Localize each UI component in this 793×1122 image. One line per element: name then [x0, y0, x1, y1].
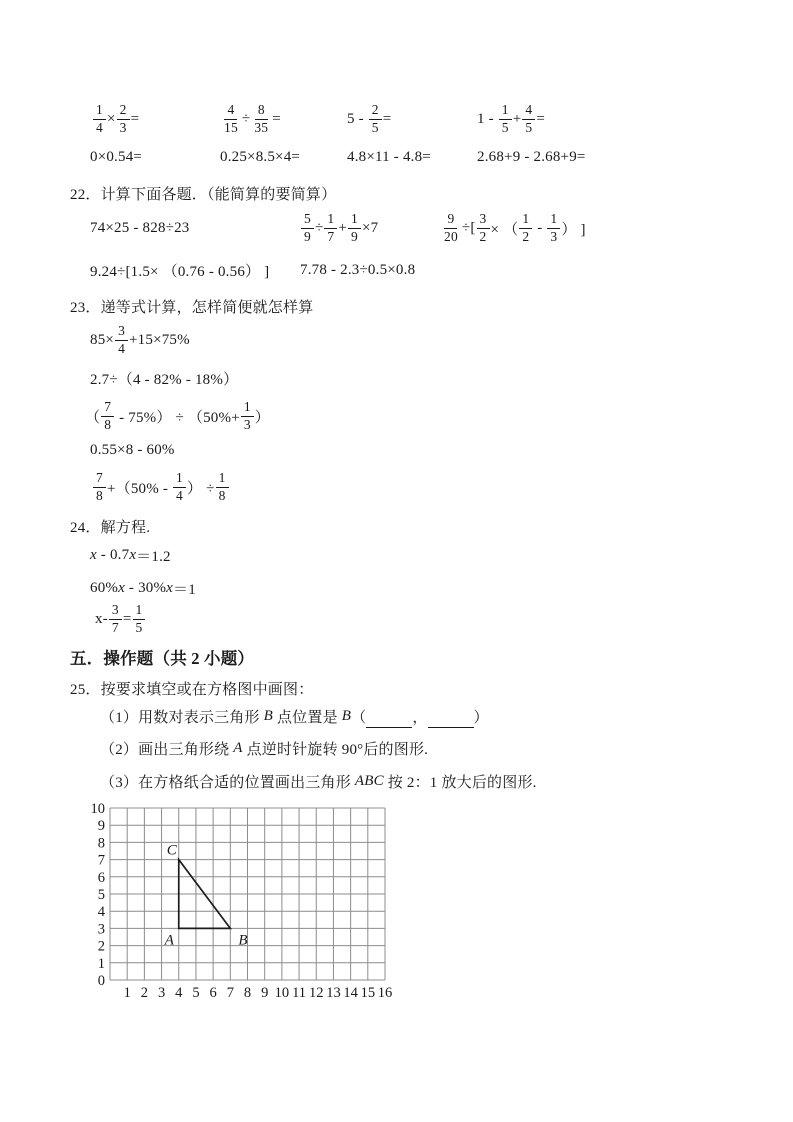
- y-axis-tick-label: 8: [98, 835, 105, 851]
- math-variable: B: [264, 708, 273, 725]
- fraction: 34: [115, 323, 128, 358]
- text-token: 60%: [90, 580, 118, 597]
- x-axis-tick-label: 13: [326, 985, 341, 1001]
- fraction: 13: [241, 399, 254, 434]
- x-axis-tick-label: 15: [361, 985, 376, 1001]
- math-variable: x: [90, 547, 97, 564]
- math-variable: A: [233, 740, 242, 757]
- text-token: ＝1.2: [136, 545, 171, 566]
- quick-calc-3: 5 - 25=: [347, 99, 391, 139]
- answer-blank: [428, 715, 474, 728]
- x-axis-tick-label: 7: [227, 985, 234, 1001]
- x-axis-tick-label: 6: [210, 985, 217, 1001]
- x-axis-tick-label: 5: [192, 985, 199, 1001]
- text-token: （: [351, 706, 366, 727]
- text-token: - 30%: [125, 580, 166, 597]
- quick-calc-8: 2.68+9 - 2.68+9=: [477, 137, 586, 177]
- text-token: 2.7÷（4 - 82% - 18%）: [90, 368, 238, 389]
- text-token: +（50% -: [107, 477, 172, 498]
- quick-calc-5: 0×0.54=: [90, 137, 142, 177]
- math-variable: ABC: [355, 773, 384, 790]
- q22-title: 22．计算下面各题．（能简算的要简算）: [70, 173, 336, 213]
- text-token: 85×: [90, 332, 114, 349]
- q25-subitem-3: （3）在方格纸合适的位置画出三角形 ABC 按 2：1 放大后的图形.: [100, 761, 537, 801]
- text-token: - 75%） ÷ （50%+: [115, 406, 240, 427]
- x-axis-tick-label: 2: [141, 985, 148, 1001]
- text-token: 9.24÷[1.5× （0.76 - 0.56） ]: [90, 260, 269, 281]
- fraction: 12: [519, 211, 532, 246]
- text-token: ×7: [362, 220, 378, 237]
- quick-calc-4: 1 - 15+45=: [477, 99, 545, 139]
- text-token: x-: [95, 611, 108, 628]
- y-axis-tick-label: 2: [98, 939, 105, 955]
- fraction: 59: [301, 211, 314, 246]
- text-token: =: [536, 111, 545, 128]
- x-axis-tick-label: 4: [175, 985, 183, 1001]
- x-axis-tick-label: 14: [343, 985, 358, 1001]
- text-token: =: [272, 111, 281, 128]
- text-token: （1）用数对表示三角形: [100, 706, 264, 727]
- answer-blank: [366, 715, 412, 728]
- q22-expr-1: 74×25 - 828÷23: [90, 208, 190, 248]
- text-token: ） ÷: [187, 477, 215, 498]
- vertex-label-B: B: [238, 932, 247, 948]
- x-axis-tick-label: 9: [261, 985, 268, 1001]
- text-token: （2）画出三角形绕: [100, 738, 233, 759]
- x-axis-tick-label: 3: [158, 985, 165, 1001]
- y-axis-tick-label: 4: [98, 904, 106, 920]
- fraction: 14: [93, 102, 106, 137]
- text-token: 按 2：1 放大后的图形.: [384, 771, 537, 792]
- x-axis-tick-label: 10: [275, 985, 290, 1001]
- q23-expr-4: 0.55×8 - 60%: [90, 430, 175, 470]
- q23-expr-2: 2.7÷（4 - 82% - 18%）: [90, 358, 238, 398]
- text-token: 2.68+9 - 2.68+9=: [477, 149, 586, 166]
- text-token: （3）在方格纸合适的位置画出三角形: [100, 771, 355, 792]
- text-token: ）: [255, 406, 270, 427]
- fraction: 37: [109, 602, 122, 637]
- math-variable: x: [118, 580, 125, 597]
- text-token: （: [85, 406, 100, 427]
- text-token: -: [533, 220, 546, 237]
- fraction: 14: [173, 470, 186, 505]
- vertex-label-A: A: [164, 932, 175, 948]
- fraction: 18: [216, 470, 229, 505]
- text-token: 1 -: [477, 111, 498, 128]
- x-axis-tick-label: 1: [124, 985, 131, 1001]
- q22-expr-3: 920÷[32× （12 - 13） ]: [440, 208, 586, 248]
- grid-chart: 01234567891012345678910111213141516ABC: [90, 800, 402, 1008]
- q23-expr-1: 85×34+15×75%: [90, 320, 190, 360]
- text-token: +15×75%: [129, 332, 190, 349]
- y-axis-tick-label: 10: [91, 801, 106, 817]
- text-token: - 0.7: [97, 547, 129, 564]
- math-variable: x: [166, 580, 173, 597]
- fraction: 17: [324, 211, 337, 246]
- x-axis-tick-label: 12: [309, 985, 324, 1001]
- quick-calc-7: 4.8×11 - 4.8=: [347, 137, 431, 177]
- text-token: 74×25 - 828÷23: [90, 220, 190, 237]
- fraction: 19: [348, 211, 361, 246]
- q24-equation-3: x-37=15: [95, 599, 146, 639]
- fraction: 15: [133, 602, 146, 637]
- text-token: =: [131, 111, 140, 128]
- text-token: 7.78 - 2.3÷0.5×0.8: [300, 262, 415, 279]
- text-token: 0.55×8 - 60%: [90, 442, 175, 459]
- y-axis-tick-label: 6: [98, 870, 105, 886]
- text-token: ＝1: [173, 578, 196, 599]
- fraction: 920: [441, 211, 461, 246]
- q22-expr-4: 9.24÷[1.5× （0.76 - 0.56） ]: [90, 250, 269, 290]
- text-token: ÷: [315, 220, 323, 237]
- text-token: ÷[: [462, 220, 476, 237]
- text-token: 0×0.54=: [90, 149, 142, 166]
- q23-expr-5: 78+（50% - 14） ÷18: [92, 467, 230, 507]
- vertex-label-C: C: [167, 843, 178, 859]
- text-token: 点位置是: [273, 706, 342, 727]
- text-token: +: [338, 220, 347, 237]
- text-token: 4.8×11 - 4.8=: [347, 149, 431, 166]
- q22-expr-5: 7.78 - 2.3÷0.5×0.8: [300, 250, 415, 290]
- quick-calc-1: 14×23=: [92, 99, 139, 139]
- quick-calc-6: 0.25×8.5×4=: [220, 137, 300, 177]
- text-token: =: [383, 111, 392, 128]
- y-axis-tick-label: 1: [98, 956, 105, 972]
- fraction: 78: [93, 470, 106, 505]
- q22-expr-2: 59÷17+19×7: [300, 208, 378, 248]
- quick-calc-2: 415÷835=: [220, 99, 281, 139]
- math-variable: B: [342, 708, 351, 725]
- fraction: 45: [522, 102, 535, 137]
- text-token: ） ]: [561, 218, 585, 239]
- math-variable: x: [129, 547, 136, 564]
- fraction: 78: [101, 399, 114, 434]
- text-token: =: [123, 611, 132, 628]
- fraction: 415: [221, 102, 241, 137]
- y-axis-tick-label: 5: [98, 887, 105, 903]
- fraction: 25: [369, 102, 382, 137]
- text-token: +: [513, 111, 522, 128]
- y-axis-tick-label: 3: [98, 921, 105, 937]
- text-token: 5 -: [347, 111, 368, 128]
- fraction: 835: [251, 102, 271, 137]
- y-axis-tick-label: 0: [98, 973, 105, 989]
- fraction: 15: [499, 102, 512, 137]
- y-axis-tick-label: 7: [98, 853, 105, 869]
- text-token: ×: [107, 111, 116, 128]
- x-axis-tick-label: 16: [378, 985, 393, 1001]
- worksheet-page: 14×23= 415÷835= 5 - 25= 1 - 15+45= 0×0.5…: [0, 0, 793, 1122]
- text-token: × （: [491, 218, 519, 239]
- text-token: ÷: [242, 111, 250, 128]
- x-axis-tick-label: 11: [292, 985, 306, 1001]
- text-token: 0.25×8.5×4=: [220, 149, 300, 166]
- y-axis-tick-label: 9: [98, 818, 105, 834]
- fraction: 13: [547, 211, 560, 246]
- text-token: ，: [412, 706, 427, 727]
- fraction: 23: [117, 102, 130, 137]
- fraction: 32: [477, 211, 490, 246]
- text-token: 点逆时针旋转 90°后的图形.: [243, 738, 428, 759]
- text-token: ）: [474, 706, 489, 727]
- x-axis-tick-label: 8: [244, 985, 251, 1001]
- grid-figure: 01234567891012345678910111213141516ABC: [90, 800, 402, 1008]
